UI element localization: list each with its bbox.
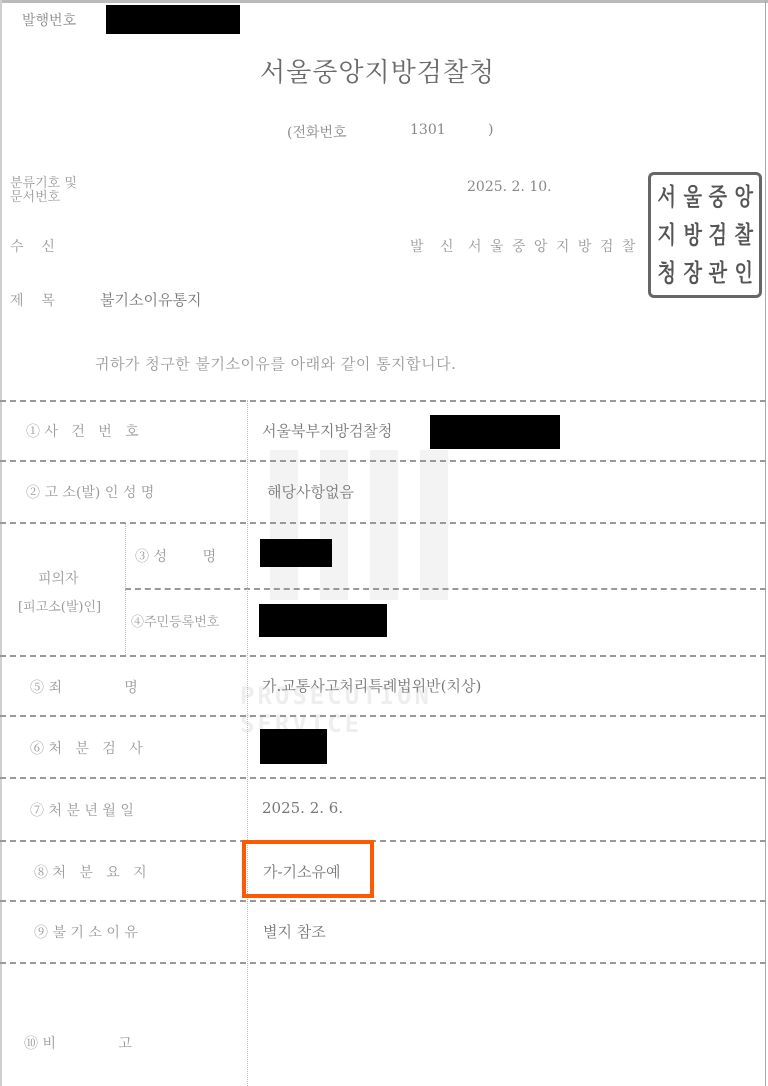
seal-character: 중 (708, 179, 727, 215)
sender-value: 서 울 중 앙 지 방 검 찰 (468, 236, 637, 256)
prosecutor-redaction (260, 729, 327, 764)
table-line (0, 777, 766, 779)
column-divider (247, 400, 248, 1086)
row-label-charge: ⑤ 죄 명 (30, 677, 138, 697)
document-date: 2025. 2. 10. (467, 179, 552, 195)
doc-code-label-line2: 문서번호 (10, 186, 60, 205)
table-line (125, 588, 766, 590)
seal-character: 관 (708, 255, 727, 291)
scan-edge-right (765, 0, 766, 1086)
seal-character: 찰 (734, 217, 753, 253)
seal-character: 검 (708, 217, 727, 253)
table-line (0, 715, 766, 717)
row-value-case-number: 서울북부지방검찰청 (262, 420, 392, 441)
suspect-name-redaction (260, 539, 332, 567)
subject-value: 불기소이유통지 (100, 289, 201, 310)
phone-number: 1301 (410, 122, 446, 138)
table-line (0, 460, 766, 462)
seal-character: 앙 (734, 179, 753, 215)
suspect-group-label-line1: 피의자 (38, 568, 79, 588)
table-line (0, 900, 766, 902)
intro-text: 귀하가 청구한 불기소이유를 아래와 같이 통지합니다. (95, 353, 456, 374)
seal-character: 방 (683, 217, 702, 253)
row-label-resident-id: ④주민등록번호 (131, 611, 219, 630)
table-line (0, 840, 766, 842)
issue-number-redaction (106, 5, 240, 34)
seal-character: 청 (657, 255, 676, 291)
document-page: PROSECUTION SERVICE 발행번호 서울중앙지방검찰청 (전화번호… (0, 0, 768, 1086)
row-label-disposition-summary: ⑧ 처 분 요 지 (34, 862, 147, 882)
seal-character: 서 (657, 179, 676, 215)
column-divider (125, 522, 126, 655)
issue-number-label: 발행번호 (22, 10, 76, 30)
case-number-redaction (430, 415, 560, 449)
recipient-label: 수 신 (10, 236, 55, 256)
row-label-complainant: ② 고 소(발) 인 성 명 (26, 482, 154, 502)
row-value-disposition-date: 2025. 2. 6. (262, 799, 343, 817)
watermark-bar (420, 450, 448, 600)
row-label-suspect-name: ③ 성 명 (135, 546, 216, 566)
row-value-charge: 가.교통사고처리특례법위반(치상) (262, 675, 481, 696)
seal-character: 지 (657, 217, 676, 253)
row-label-disposition-date: ⑦ 처 분 년 월 일 (30, 800, 134, 820)
official-seal-icon: 서울중앙지방검찰청장관인 (648, 172, 762, 298)
row-label-remarks: ⑩ 비 고 (24, 1033, 132, 1053)
seal-character: 울 (683, 179, 702, 215)
subject-label: 제 목 (10, 290, 55, 310)
suspect-group-label-line2: [피고소(발)인] (18, 596, 101, 615)
phone-close: ) (488, 122, 493, 138)
table-line (0, 522, 766, 524)
row-label-case-number: ① 사 건 번 호 (26, 421, 139, 441)
row-label-non-indictment-reason: ⑨ 불 기 소 이 유 (34, 922, 138, 942)
table-line (0, 400, 766, 402)
sender-label: 발 신 (410, 236, 460, 256)
scan-edge-top (0, 0, 768, 3)
table-line (0, 962, 766, 964)
agency-title: 서울중앙지방검찰청 (260, 52, 495, 89)
phone-open: (전화번호 (287, 122, 347, 142)
resident-id-redaction (259, 604, 387, 637)
watermark-bar (370, 450, 398, 600)
seal-character: 장 (683, 255, 702, 291)
watermark-bar (270, 450, 298, 600)
row-label-prosecutor: ⑥ 처 분 검 사 (30, 738, 143, 758)
table-line (0, 655, 766, 657)
scan-edge-left (0, 0, 2, 1086)
seal-character: 인 (734, 255, 753, 291)
highlight-box (242, 840, 374, 898)
row-value-non-indictment-reason: 별지 참조 (263, 921, 326, 942)
watermark-bar (320, 450, 348, 600)
row-value-complainant: 해당사항없음 (267, 481, 354, 502)
